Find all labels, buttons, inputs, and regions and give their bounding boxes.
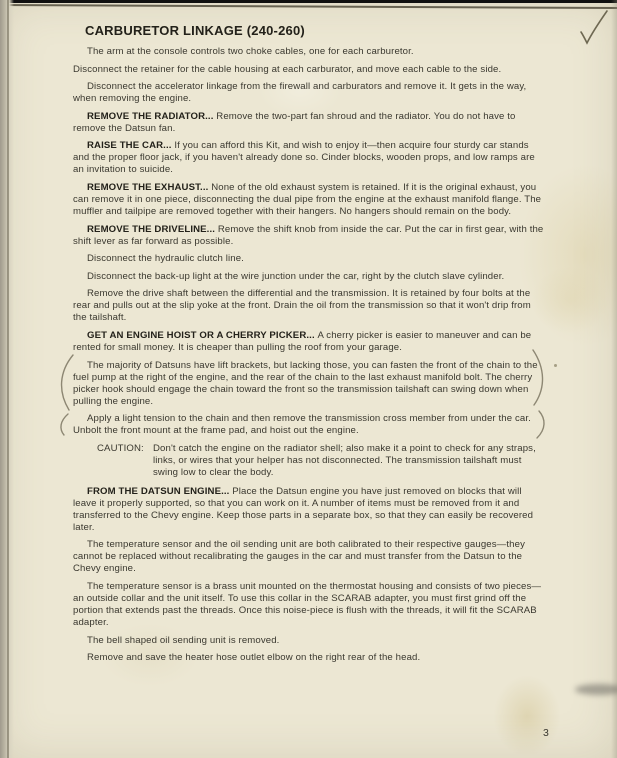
paragraph: Disconnect the back-up light at the wire… — [73, 271, 546, 283]
paragraph: Disconnect the hydraulic clutch line. — [73, 253, 546, 265]
paragraph-lead: REMOVE THE DRIVELINE... — [87, 224, 218, 235]
paragraph-text: Apply a light tension to the chain and t… — [73, 413, 531, 436]
paragraph: REMOVE THE RADIATOR... Remove the two-pa… — [73, 111, 546, 135]
paragraph-text: Disconnect the back-up light at the wire… — [87, 271, 504, 282]
paragraph: Remove the drive shaft between the diffe… — [73, 288, 546, 324]
paragraph: FROM THE DATSUN ENGINE... Place the Dats… — [73, 486, 546, 534]
scan-smudge — [575, 684, 617, 695]
paragraph-text: The majority of Datsuns have lift bracke… — [73, 360, 538, 407]
paragraph-text: Disconnect the retainer for the cable ho… — [73, 64, 501, 75]
paragraph: The bell shaped oil sending unit is remo… — [73, 635, 546, 647]
paragraph-text: The bell shaped oil sending unit is remo… — [87, 635, 279, 646]
page-title: CARBURETOR LINKAGE (240-260) — [85, 23, 546, 39]
paragraph: REMOVE THE EXHAUST... None of the old ex… — [73, 182, 546, 218]
handwritten-paren-left-small-icon — [61, 414, 68, 435]
caution-block: CAUTION: Don't catch the engine on the r… — [97, 443, 546, 479]
paragraph-lead: RAISE THE CAR... — [87, 140, 174, 151]
scan-top-edge-line — [0, 4, 617, 9]
paragraph: The temperature sensor and the oil sendi… — [73, 539, 546, 575]
paragraph: The arm at the console controls two chok… — [73, 46, 546, 58]
paragraph-lead: REMOVE THE RADIATOR... — [87, 111, 216, 122]
caution-label: CAUTION: — [97, 443, 153, 479]
paragraph-text: Disconnect the hydraulic clutch line. — [87, 253, 244, 264]
paragraph-text: Remove and save the heater hose outlet e… — [87, 652, 420, 663]
handwritten-paren-left-large-icon — [62, 355, 73, 410]
scan-left-edge-line — [7, 0, 9, 758]
paragraph: Apply a light tension to the chain and t… — [73, 413, 546, 437]
paragraph-text: The temperature sensor and the oil sendi… — [73, 539, 525, 574]
page-number: 3 — [543, 727, 549, 739]
handwritten-checkmark-icon — [581, 11, 607, 43]
paragraph: Disconnect the retainer for the cable ho… — [73, 64, 546, 76]
paragraph-text: Disconnect the accelerator linkage from … — [73, 81, 526, 104]
scan-right-edge — [611, 0, 617, 758]
paragraph-text: The arm at the console controls two chok… — [87, 46, 414, 57]
paragraph-text: Remove the drive shaft between the diffe… — [73, 288, 531, 323]
paragraph: The majority of Datsuns have lift bracke… — [73, 360, 546, 408]
paragraph-lead: REMOVE THE EXHAUST... — [87, 182, 211, 193]
paragraph: The temperature sensor is a brass unit m… — [73, 581, 546, 629]
paragraph: REMOVE THE DRIVELINE... Remove the shift… — [73, 224, 546, 248]
paragraph: Disconnect the accelerator linkage from … — [73, 81, 546, 105]
paragraph-lead: GET AN ENGINE HOIST OR A CHERRY PICKER..… — [87, 330, 318, 341]
paper-stain-dot — [554, 364, 557, 367]
paragraph-text: The temperature sensor is a brass unit m… — [73, 581, 541, 628]
paragraph: RAISE THE CAR... If you can afford this … — [73, 140, 546, 176]
scanned-page: CARBURETOR LINKAGE (240-260) The arm at … — [0, 0, 617, 758]
paragraph-lead: FROM THE DATSUN ENGINE... — [87, 486, 232, 497]
paragraph: Remove and save the heater hose outlet e… — [73, 652, 546, 664]
caution-text: Don't catch the engine on the radiator s… — [153, 443, 541, 479]
scan-top-edge — [0, 0, 617, 3]
page-content: CARBURETOR LINKAGE (240-260) The arm at … — [73, 23, 546, 670]
paragraph: GET AN ENGINE HOIST OR A CHERRY PICKER..… — [73, 330, 546, 354]
